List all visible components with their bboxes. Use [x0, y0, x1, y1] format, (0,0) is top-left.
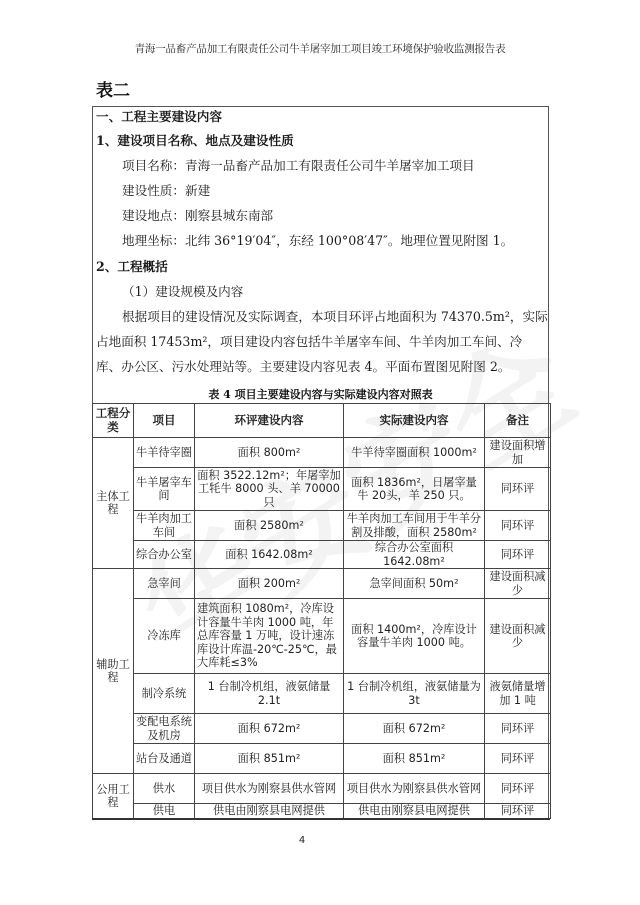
row-note: 建设面积减少: [485, 569, 551, 599]
row-actual: 项目供水为刚察县供水管网: [344, 774, 485, 804]
construction-nature: 建设性质：新建: [122, 183, 210, 199]
row-actual: 供电由刚察县电网提供: [344, 804, 485, 819]
paragraph-line-3: 库、办公区、污水处理站等。主要建设内容见表 4。平面布置图见附图 2。: [96, 359, 510, 375]
row-planned: 建筑面积 1080m²，冷库设计容量牛羊肉 1000 吨，年总库容量 1 万吨，…: [195, 599, 344, 674]
paragraph-line-2: 占地面积 17453m²，项目建设内容包括牛羊屠宰车间、牛羊肉加工车间、冷: [96, 334, 522, 350]
construction-comparison-table: 工程分类 项目 环评建设内容 实际建设内容 备注 主体工程 牛羊待宰圈 面积 8…: [92, 403, 551, 819]
table-row: 制冷系统 1 台制冷机组，液氨储量 2.1t 1 台制冷机组，液氨储量为 3t …: [93, 674, 551, 714]
row-note: 同环评: [485, 804, 551, 819]
row-planned: 面积 2580m²: [195, 511, 344, 541]
row-note: 同环评: [485, 541, 551, 569]
row-note: 同环评: [485, 468, 551, 511]
row-item: 急宰间: [134, 569, 195, 599]
row-actual: 牛羊肉加工车间用于牛羊分割及排酸，面积 2580m²: [344, 511, 485, 541]
header-planned: 环评建设内容: [195, 404, 344, 438]
table-row: 冷冻库 建筑面积 1080m²，冷库设计容量牛羊肉 1000 吨，年总库容量 1…: [93, 599, 551, 674]
row-item: 综合办公室: [134, 541, 195, 569]
page-number: 4: [0, 835, 604, 846]
sheet-title: 表二: [96, 76, 130, 101]
geo-coordinates: 地理坐标：北纬 36°19′04″，东经 100°08′47″。地理位置见附图 …: [122, 233, 513, 249]
running-header: 青海一品畜产品加工有限责任公司牛羊屠宰加工项目竣工环境保护验收监测报告表: [0, 41, 640, 56]
row-actual: 1 台制冷机组，液氨储量为 3t: [344, 674, 485, 714]
header-note: 备注: [485, 404, 551, 438]
construction-location: 建设地点：刚察县城东南部: [122, 208, 273, 224]
row-actual: 面积 1400m²，冷库设计容量牛羊肉 1000 吨。: [344, 599, 485, 674]
table-row: 站台及通道 面积 851m² 面积 851m² 同环评: [93, 744, 551, 774]
table-header-row: 工程分类 项目 环评建设内容 实际建设内容 备注: [93, 404, 551, 438]
row-note: 同环评: [485, 511, 551, 541]
row-actual: 面积 851m²: [344, 744, 485, 774]
table-caption: 表 4 项目主要建设内容与实际建设内容对照表: [92, 386, 549, 402]
section-heading: 一、工程主要建设内容: [96, 109, 222, 125]
row-actual: 面积 1836m²，日屠宰量牛 20头，羊 250 只。: [344, 468, 485, 511]
row-item: 牛羊屠宰车间: [134, 468, 195, 511]
row-actual: 牛羊待宰圈面积 1000m²: [344, 438, 485, 468]
table-row: 变配电系统及机房 面积 672m² 面积 672m² 同环评: [93, 714, 551, 744]
row-item: 制冷系统: [134, 674, 195, 714]
row-item: 冷冻库: [134, 599, 195, 674]
row-note: 同环评: [485, 714, 551, 744]
subsection-item: （1）建设规模及内容: [122, 284, 243, 300]
row-planned: 供电由刚察县电网提供: [195, 804, 344, 819]
group-public: 公用工程: [93, 774, 134, 819]
row-actual: 面积 672m²: [344, 714, 485, 744]
table-row: 供电 供电由刚察县电网提供 供电由刚察县电网提供 同环评: [93, 804, 551, 819]
header-item: 项目: [134, 404, 195, 438]
row-actual: 综合办公室面积 1642.08m²: [344, 541, 485, 569]
row-item: 变配电系统及机房: [134, 714, 195, 744]
bottom-rule: [92, 818, 550, 820]
row-planned: 面积 672m²: [195, 714, 344, 744]
subsection-heading-2: 2、工程概括: [96, 259, 168, 275]
row-planned: 1 台制冷机组，液氨储量 2.1t: [195, 674, 344, 714]
table-row: 牛羊屠宰车间 面积 3522.12m²；年屠宰加工牦牛 8000 头、羊 700…: [93, 468, 551, 511]
row-note: 液氨储量增加 1 吨: [485, 674, 551, 714]
table-row: 辅助工程 急宰间 面积 200m² 急宰间面积 50m² 建设面积减少: [93, 569, 551, 599]
paragraph-line-1: 根据项目的建设情况及实际调查，本项目环评占地面积为 74370.5m²，实际: [122, 309, 548, 325]
row-item: 牛羊待宰圈: [134, 438, 195, 468]
row-note: 同环评: [485, 774, 551, 804]
table-row: 牛羊肉加工车间 面积 2580m² 牛羊肉加工车间用于牛羊分割及排酸，面积 25…: [93, 511, 551, 541]
table-row: 公用工程 供水 项目供水为刚察县供水管网 项目供水为刚察县供水管网 同环评: [93, 774, 551, 804]
row-actual: 急宰间面积 50m²: [344, 569, 485, 599]
group-aux: 辅助工程: [93, 569, 134, 774]
row-note: 建设面积减少: [485, 599, 551, 674]
table-row: 主体工程 牛羊待宰圈 面积 800m² 牛羊待宰圈面积 1000m² 建设面积增…: [93, 438, 551, 468]
project-name: 项目名称：青海一品畜产品加工有限责任公司牛羊屠宰加工项目: [122, 158, 475, 174]
row-note: 同环评: [485, 744, 551, 774]
subsection-heading-1: 1、建设项目名称、地点及建设性质: [96, 133, 294, 149]
row-note: 建设面积增加: [485, 438, 551, 468]
header-category: 工程分类: [93, 404, 134, 438]
row-planned: 面积 3522.12m²；年屠宰加工牦牛 8000 头、羊 70000 只: [195, 468, 344, 511]
group-main: 主体工程: [93, 438, 134, 569]
row-planned: 面积 1642.08m²: [195, 541, 344, 569]
header-actual: 实际建设内容: [344, 404, 485, 438]
row-item: 牛羊肉加工车间: [134, 511, 195, 541]
table-row: 综合办公室 面积 1642.08m² 综合办公室面积 1642.08m² 同环评: [93, 541, 551, 569]
row-item: 站台及通道: [134, 744, 195, 774]
row-planned: 面积 200m²: [195, 569, 344, 599]
row-item: 供水: [134, 774, 195, 804]
row-planned: 项目供水为刚察县供水管网: [195, 774, 344, 804]
row-item: 供电: [134, 804, 195, 819]
row-planned: 面积 851m²: [195, 744, 344, 774]
row-planned: 面积 800m²: [195, 438, 344, 468]
